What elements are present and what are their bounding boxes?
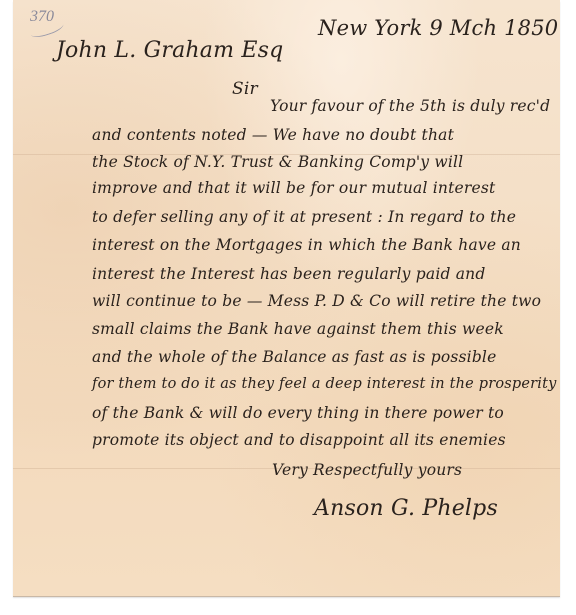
- body-line: improve and that it will be for our mutu…: [92, 179, 495, 197]
- signature: Anson G. Phelps: [314, 496, 498, 521]
- body-line: the Stock of N.Y. Trust & Banking Comp'y…: [92, 153, 463, 171]
- body-line: will continue to be — Mess P. D & Co wil…: [92, 292, 541, 310]
- body-line: to defer selling any of it at present : …: [92, 208, 516, 226]
- body-line: of the Bank & will do every thing in the…: [92, 404, 504, 422]
- body-line: for them to do it as they feel a deep in…: [92, 376, 557, 392]
- body-line: interest the Interest has been regularly…: [92, 265, 485, 283]
- body-line: interest on the Mortgages in which the B…: [92, 236, 521, 254]
- body-line: and the whole of the Balance as fast as …: [92, 348, 496, 366]
- salutation: Sir: [232, 79, 258, 99]
- body-line: promote its object and to disappoint all…: [92, 431, 506, 449]
- body-line: Your favour of the 5th is duly rec'd: [270, 97, 550, 115]
- dateline: New York 9 Mch 1850: [318, 16, 558, 40]
- body-line: and contents noted — We have no doubt th…: [92, 126, 454, 144]
- body-line: small claims the Bank have against them …: [92, 320, 504, 338]
- addressee: John L. Graham Esq: [56, 38, 283, 63]
- closing: Very Respectfully yours: [272, 461, 462, 479]
